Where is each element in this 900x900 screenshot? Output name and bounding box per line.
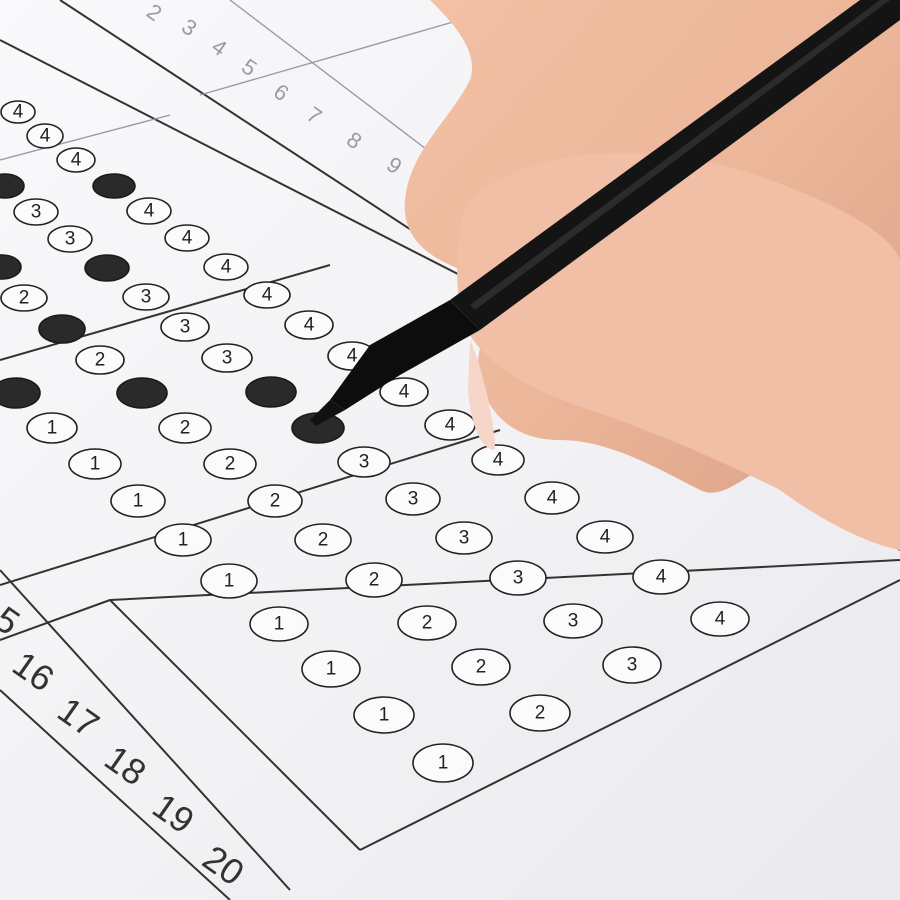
svg-text:2: 2 xyxy=(19,288,30,309)
faint-question-numbers: 2 3 4 5 6 7 8 9 xyxy=(142,0,406,179)
question-numbers: 5 16 17 18 19 20 xyxy=(0,598,252,894)
svg-text:4: 4 xyxy=(40,126,51,147)
bubble-row[interactable]: 4 xyxy=(27,124,63,148)
svg-text:3: 3 xyxy=(180,317,191,338)
svg-text:2: 2 xyxy=(225,454,236,475)
svg-text:3: 3 xyxy=(31,202,42,223)
svg-text:2: 2 xyxy=(142,0,166,26)
svg-text:2: 2 xyxy=(476,657,487,678)
svg-text:4: 4 xyxy=(13,102,24,123)
svg-text:4: 4 xyxy=(656,567,667,588)
svg-text:3: 3 xyxy=(568,611,579,632)
svg-text:4: 4 xyxy=(182,228,193,249)
svg-text:19: 19 xyxy=(145,785,201,842)
svg-text:1: 1 xyxy=(224,571,235,592)
svg-text:3: 3 xyxy=(141,287,152,308)
svg-text:4: 4 xyxy=(600,527,611,548)
svg-text:4: 4 xyxy=(304,315,315,336)
svg-text:3: 3 xyxy=(177,14,201,42)
photo-scene: 2 3 4 5 6 7 8 9 5 16 17 18 19 20 4 4 4 3 xyxy=(0,0,900,900)
svg-text:2: 2 xyxy=(369,570,380,591)
svg-text:6: 6 xyxy=(269,79,293,107)
svg-text:4: 4 xyxy=(221,257,232,278)
svg-text:3: 3 xyxy=(222,348,233,369)
svg-text:2: 2 xyxy=(318,530,329,551)
svg-text:1: 1 xyxy=(47,418,58,439)
svg-text:18: 18 xyxy=(97,737,153,794)
svg-text:17: 17 xyxy=(50,689,106,746)
bubble-being-filled[interactable] xyxy=(292,413,344,443)
svg-text:2: 2 xyxy=(270,491,281,512)
svg-text:20: 20 xyxy=(195,837,251,894)
svg-text:5: 5 xyxy=(237,54,261,82)
svg-text:4: 4 xyxy=(493,450,504,471)
svg-text:8: 8 xyxy=(342,127,366,155)
svg-text:3: 3 xyxy=(65,229,76,250)
svg-text:1: 1 xyxy=(274,614,285,635)
svg-text:4: 4 xyxy=(262,285,273,306)
bubble-row[interactable]: 4 xyxy=(57,148,95,172)
bubble-row[interactable]: 4 xyxy=(1,101,35,123)
svg-text:3: 3 xyxy=(513,568,524,589)
svg-text:1: 1 xyxy=(178,530,189,551)
svg-text:3: 3 xyxy=(408,489,419,510)
svg-text:4: 4 xyxy=(445,415,456,436)
answer-sheet: 2 3 4 5 6 7 8 9 5 16 17 18 19 20 4 4 4 3 xyxy=(0,0,900,900)
svg-text:3: 3 xyxy=(359,452,370,473)
svg-text:4: 4 xyxy=(207,34,231,62)
svg-text:2: 2 xyxy=(422,613,433,634)
svg-text:16: 16 xyxy=(5,643,61,700)
svg-text:7: 7 xyxy=(302,102,326,130)
svg-text:2: 2 xyxy=(535,703,546,724)
svg-text:2: 2 xyxy=(95,350,106,371)
svg-text:1: 1 xyxy=(133,491,144,512)
svg-text:2: 2 xyxy=(180,418,191,439)
svg-text:1: 1 xyxy=(379,705,390,726)
svg-text:4: 4 xyxy=(715,609,726,630)
svg-text:9: 9 xyxy=(382,152,406,180)
svg-text:3: 3 xyxy=(459,528,470,549)
svg-text:4: 4 xyxy=(347,346,358,367)
svg-text:4: 4 xyxy=(144,201,155,222)
svg-text:4: 4 xyxy=(71,150,82,171)
svg-text:4: 4 xyxy=(547,488,558,509)
bubbles: 4 4 4 3 4 3 4 4 2 3 4 3 4 2 3 4 4 xyxy=(0,101,749,782)
svg-text:1: 1 xyxy=(326,659,337,680)
svg-text:1: 1 xyxy=(90,454,101,475)
svg-text:5: 5 xyxy=(0,598,27,643)
svg-text:4: 4 xyxy=(399,382,410,403)
svg-text:1: 1 xyxy=(438,753,449,774)
svg-text:3: 3 xyxy=(627,655,638,676)
